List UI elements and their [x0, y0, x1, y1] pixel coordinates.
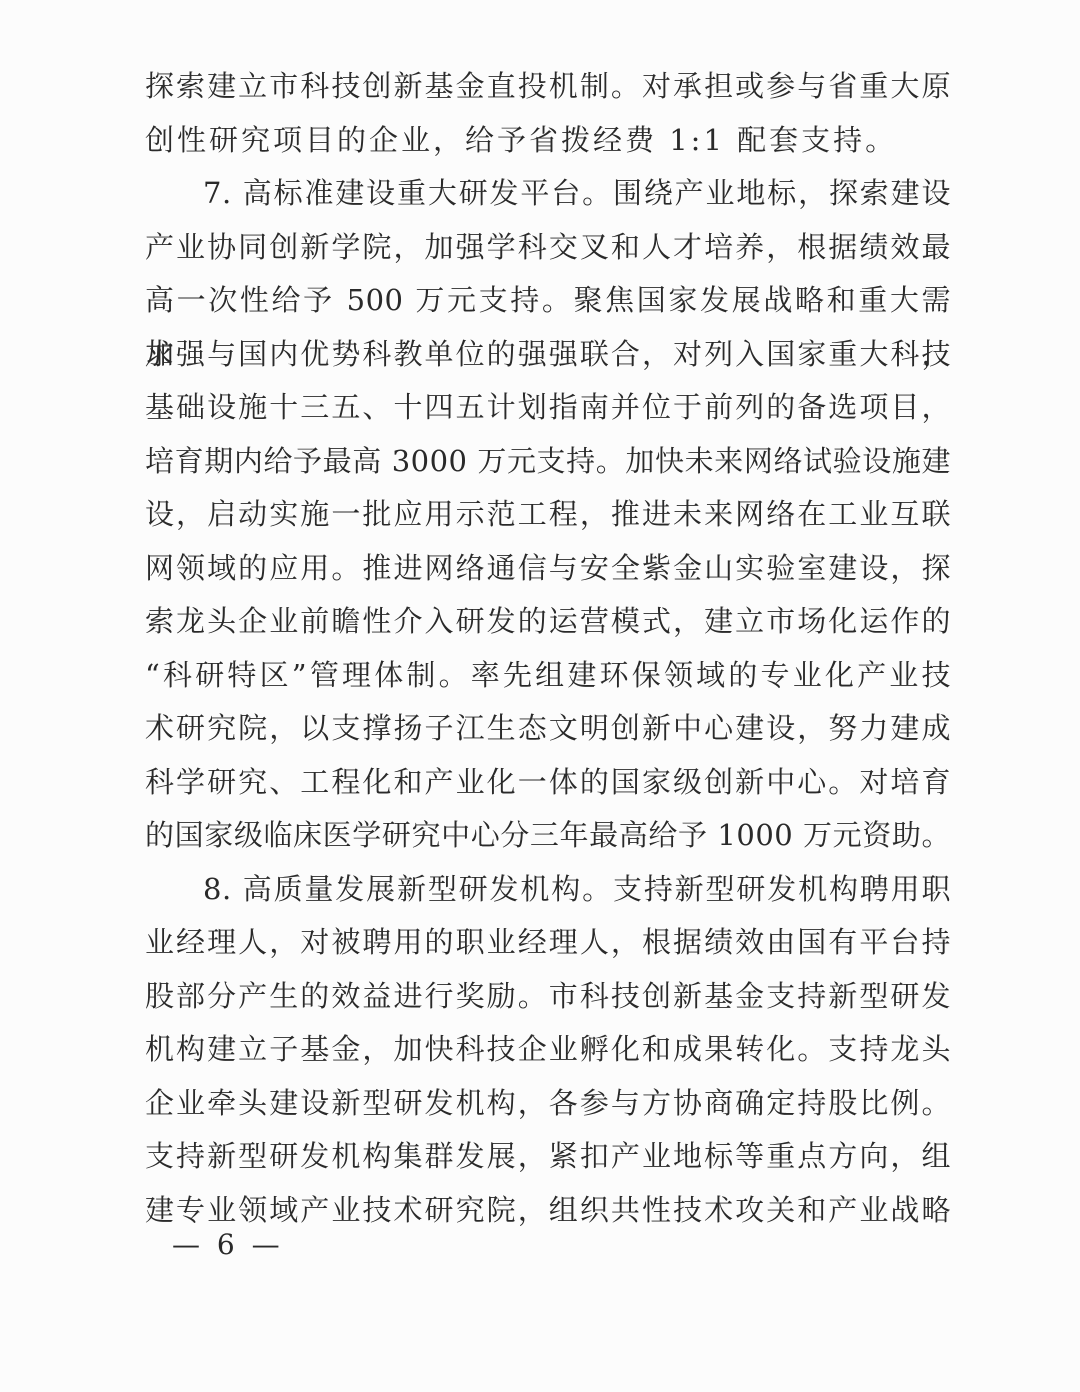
- text-line: 产业协同创新学院，加强学科交叉和人才培养，根据绩效最: [145, 221, 951, 275]
- text-line: 网领域的应用。推进网络通信与安全紫金山实验室建设，探: [145, 542, 951, 596]
- text-line: 业经理人，对被聘用的职业经理人，根据绩效由国有平台持: [145, 916, 951, 970]
- document-body: 探索建立市科技创新基金直投机制。对承担或参与省重大原 创性研究项目的企业，给予省…: [145, 60, 951, 1237]
- text-line: 索龙头企业前瞻性介入研发的运营模式，建立市场化运作的: [145, 595, 951, 649]
- text-line: 设，启动实施一批应用示范工程，推进未来网络在工业互联: [145, 488, 951, 542]
- text-line: 支持新型研发机构集群发展，紧扣产业地标等重点方向，组: [145, 1130, 951, 1184]
- text-line: 机构建立子基金，加快科技企业孵化和成果转化。支持龙头: [145, 1023, 951, 1077]
- text-line: 科学研究、工程化和产业化一体的国家级创新中心。对培育: [145, 756, 951, 810]
- text-line: 探索建立市科技创新基金直投机制。对承担或参与省重大原: [145, 60, 951, 114]
- text-line-item-7-heading: 7. 高标准建设重大研发平台。围绕产业地标，探索建设: [145, 167, 951, 221]
- text-line: “科研特区”管理体制。率先组建环保领域的专业化产业技: [145, 649, 951, 703]
- text-line: 培育期内给予最高 3000 万元支持。加快未来网络试验设施建: [145, 435, 951, 489]
- text-line: 术研究院，以支撑扬子江生态文明创新中心建设，努力建成: [145, 702, 951, 756]
- text-line: 基础设施十三五、十四五计划指南并位于前列的备选项目，: [145, 381, 951, 435]
- text-line: 企业牵头建设新型研发机构，各参与方协商确定持股比例。: [145, 1077, 951, 1131]
- text-line: 股部分产生的效益进行奖励。市科技创新基金支持新型研发: [145, 970, 951, 1024]
- text-line-item-8-heading: 8. 高质量发展新型研发机构。支持新型研发机构聘用职: [145, 863, 951, 917]
- text-line: 加强与国内优势科教单位的强强联合，对列入国家重大科技: [145, 328, 951, 382]
- document-page: 探索建立市科技创新基金直投机制。对承担或参与省重大原 创性研究项目的企业，给予省…: [0, 0, 1080, 1392]
- text-line: 的国家级临床医学研究中心分三年最高给予 1000 万元资助。: [145, 809, 951, 863]
- page-number: — 6 —: [172, 1228, 284, 1262]
- text-line: 创性研究项目的企业，给予省拨经费 1:1 配套支持。: [145, 114, 951, 168]
- text-line: 高一次性给予 500 万元支持。聚焦国家发展战略和重大需求，: [145, 274, 951, 328]
